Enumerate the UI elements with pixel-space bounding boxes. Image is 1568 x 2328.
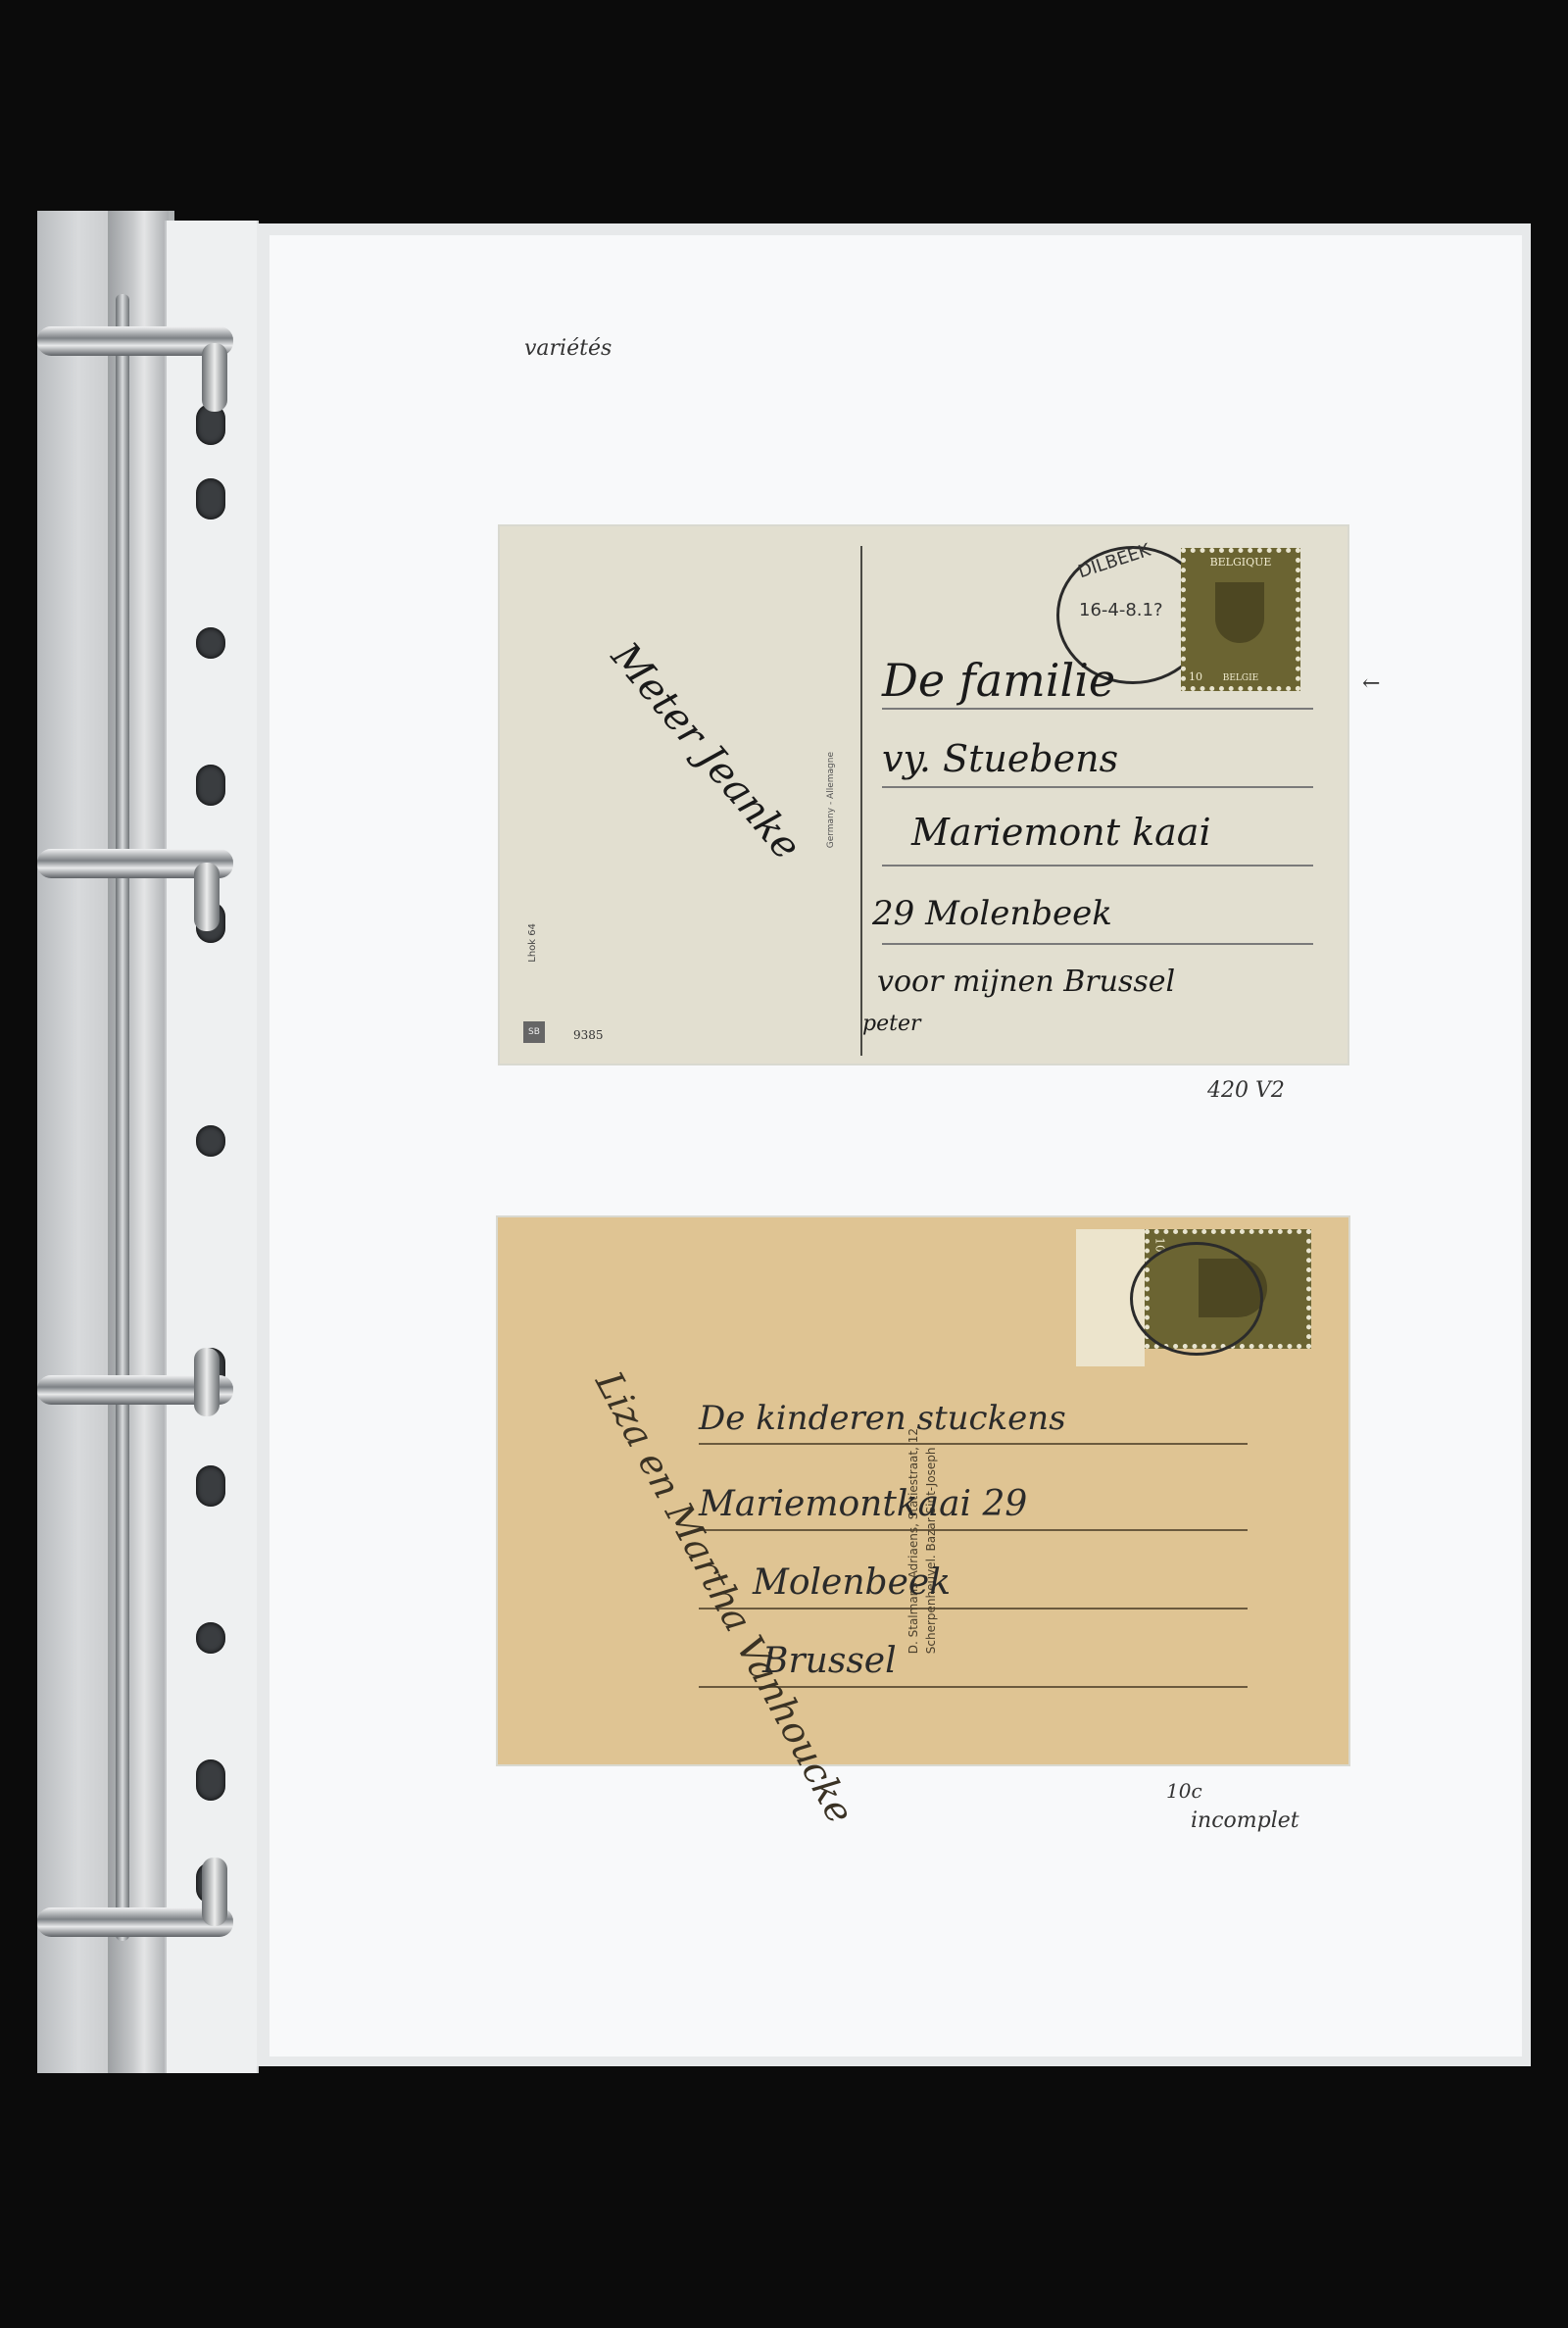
- arrow-mark: ←: [1362, 671, 1380, 696]
- punch-hole: [196, 1465, 225, 1507]
- address-line: [882, 943, 1313, 945]
- card-divider: [860, 546, 862, 1056]
- address-line-4: Brussel: [762, 1641, 897, 1681]
- punch-hole: [196, 1759, 225, 1801]
- stamp: BELGIQUE 10 BELGIE: [1181, 548, 1300, 691]
- punch-hole: [196, 1622, 225, 1654]
- binder-rod: [116, 294, 129, 1941]
- publisher-logo: SB: [523, 1021, 545, 1043]
- address-line-2: Mariemontkaai 29: [699, 1484, 1027, 1524]
- postcard-1: Meter Jeanke Germany - Allemagne Lhok 64…: [500, 526, 1347, 1064]
- card1-catalog-note: 420 V2: [1207, 1078, 1285, 1103]
- address-line: [882, 786, 1313, 788]
- address-line-2: vy. Stuebens: [882, 737, 1118, 780]
- address-line-4: 29 Molenbeek: [872, 894, 1112, 933]
- lion-shield-icon: [1215, 582, 1264, 643]
- address-line: [882, 865, 1313, 867]
- binder-ring-end: [202, 1857, 227, 1926]
- address-line: [699, 1529, 1248, 1531]
- address-line: [882, 708, 1313, 710]
- card1-small-text: Lhok 64: [527, 923, 538, 963]
- stamp-country-bottom: BELGIE: [1186, 673, 1296, 683]
- card1-imprint: Germany - Allemagne: [826, 752, 836, 848]
- punch-hole: [196, 627, 225, 659]
- address-line: [699, 1608, 1248, 1610]
- album-page-sheet: [269, 235, 1522, 2056]
- card1-signature: peter: [862, 1012, 920, 1036]
- postmark: [1130, 1242, 1263, 1356]
- punch-hole: [196, 478, 225, 520]
- card2-imprint-line-2: Scherpenheuvel. Bazar Sint-Joseph: [924, 1447, 938, 1654]
- address-line-1: De kinderen stuckens: [699, 1399, 1066, 1438]
- address-line: [699, 1443, 1248, 1445]
- punch-hole: [196, 765, 225, 806]
- card2-imprint-line-1: D. Stalmans-Adriaens, Statiestraat, 12: [906, 1428, 920, 1654]
- stamp-country-top: BELGIQUE: [1186, 556, 1296, 569]
- card1-greeting: Meter Jeanke: [603, 634, 809, 868]
- card2-imprint: D. Stalmans-Adriaens, Statiestraat, 12 S…: [905, 1428, 940, 1654]
- postmark-date: 16-4-8.1?: [1079, 600, 1163, 620]
- binder-ring-end: [202, 343, 227, 412]
- binder-ring-end: [194, 1348, 220, 1416]
- punch-hole: [196, 1125, 225, 1157]
- card2-value-note: 10c: [1166, 1779, 1202, 1803]
- address-line-1: De familie: [882, 654, 1115, 707]
- address-line-3: Mariemont kaai: [911, 811, 1211, 854]
- card1-publisher-number: 9385: [573, 1028, 604, 1042]
- postcard-2: Liza en Martha Vanhoucke D. Stalmans-Adr…: [498, 1217, 1348, 1764]
- address-line-5: voor mijnen Brussel: [877, 965, 1175, 999]
- postmark-town: DILBEEK: [1076, 540, 1153, 582]
- card2-incomplete-note: incomplet: [1191, 1808, 1299, 1833]
- header-note: variétés: [524, 336, 612, 361]
- binder-ring-end: [194, 863, 220, 931]
- address-line-3: Molenbeek: [753, 1562, 951, 1603]
